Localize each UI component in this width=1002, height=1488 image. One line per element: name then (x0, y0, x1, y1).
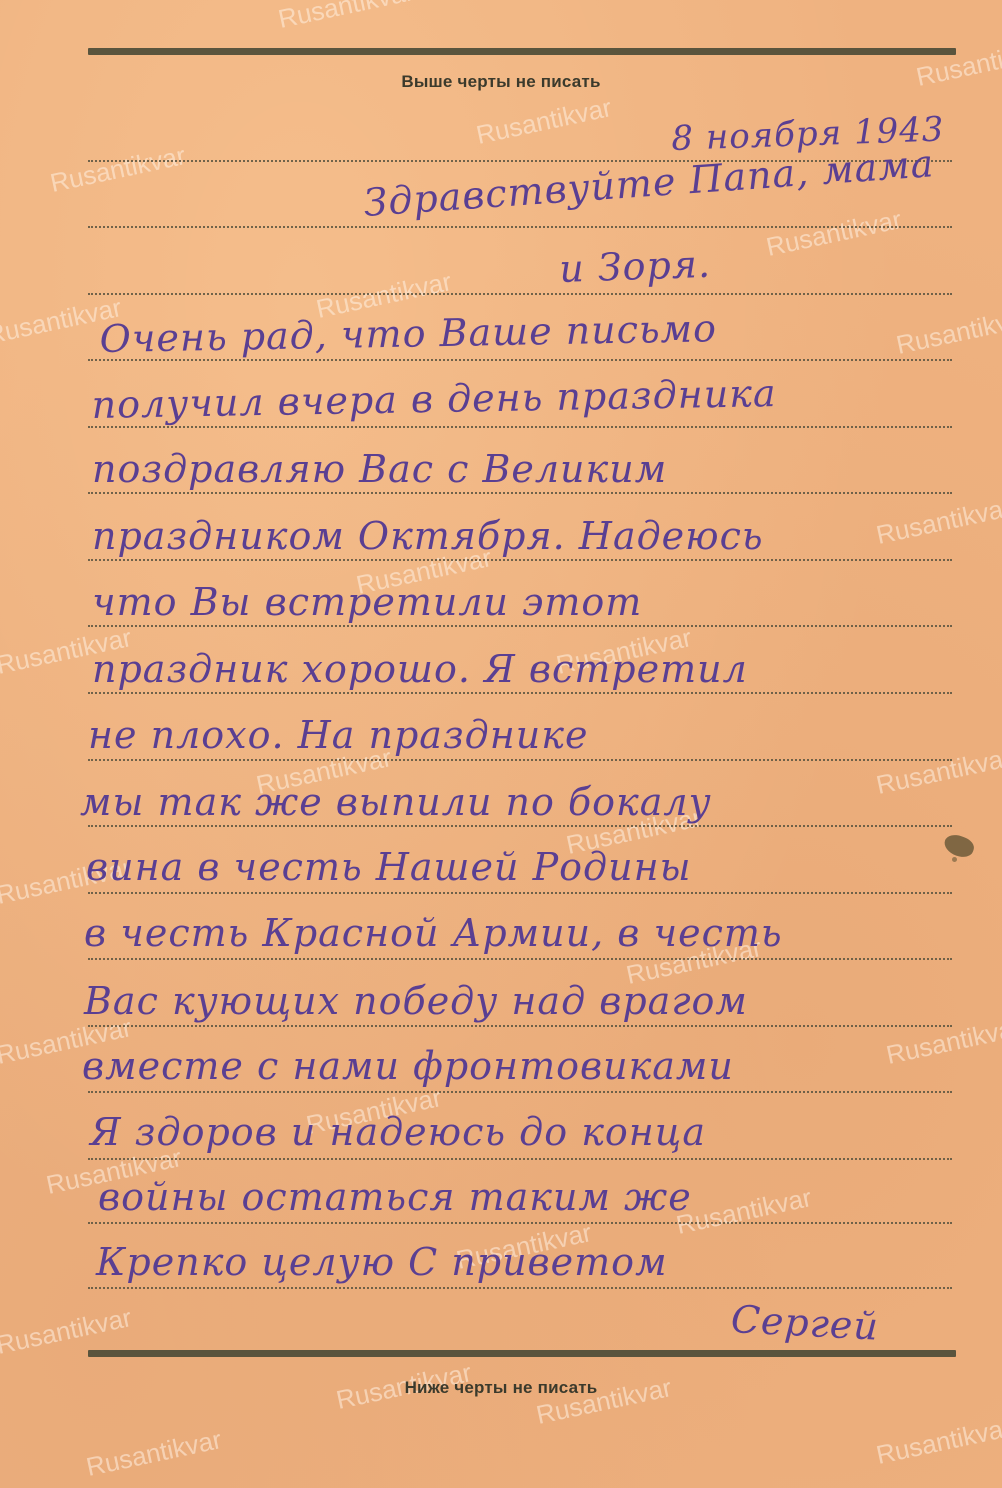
watermark: Rusantikvar (894, 302, 1002, 361)
letter-body-line: поздравляю Вас с Великим (92, 450, 667, 488)
watermark: Rusantikvar (764, 204, 905, 263)
letter-signature: Сергей (730, 1300, 880, 1346)
letter-body-line: Крепко целую С приветом (96, 1243, 668, 1281)
letter-body-line: не плохо. На празднике (88, 716, 588, 754)
top-printed-notice: Выше черты не писать (0, 72, 1002, 92)
letter-body-line: войны остаться таким же (98, 1178, 692, 1216)
writing-line (88, 1025, 952, 1027)
letter-greeting: Здравствуйте Папа, мама (362, 144, 935, 222)
writing-line (88, 492, 952, 494)
watermark: Rusantikvar (874, 742, 1002, 801)
writing-line (88, 426, 952, 428)
writing-line (88, 293, 952, 295)
letter-body-line: что Вы встретили этот (92, 583, 642, 621)
top-boundary-rule (88, 48, 956, 55)
letter-card: Rusantikvar Rusantikvar Rusantikvar Rusa… (0, 0, 1002, 1488)
writing-line (88, 825, 952, 827)
bottom-printed-notice: Ниже черты не писать (0, 1378, 1002, 1398)
writing-line (88, 1158, 952, 1160)
paper-stain (952, 857, 957, 862)
watermark: Rusantikvar (884, 1012, 1002, 1071)
watermark: Rusantikvar (674, 1182, 815, 1241)
watermark: Rusantikvar (474, 92, 615, 151)
writing-line (88, 625, 952, 627)
writing-line (88, 359, 952, 361)
bottom-boundary-rule (88, 1350, 956, 1357)
writing-line (88, 958, 952, 960)
writing-line (88, 226, 952, 228)
letter-body-line: Очень рад, что Ваше письмо (99, 309, 717, 358)
letter-body-line: Вас кующих победу над врагом (84, 982, 748, 1020)
letter-body-line: праздником Октября. Надеюсь (92, 517, 764, 555)
writing-line (88, 892, 952, 894)
watermark: Rusantikvar (874, 1412, 1002, 1471)
writing-line (88, 759, 952, 761)
writing-line (88, 1222, 952, 1224)
letter-body-line: мы так же выпили по бокалу (80, 783, 712, 821)
letter-greeting-continued: и Зоря. (559, 245, 712, 288)
watermark: Rusantikvar (276, 0, 417, 35)
writing-line (88, 692, 952, 694)
letter-body-line: в честь Красной Армии, в честь (84, 914, 783, 952)
letter-body-line: вина в честь Нашей Родины (86, 848, 692, 886)
watermark: Rusantikvar (84, 1424, 225, 1483)
letter-body-line: получил вчера в день праздника (91, 374, 777, 424)
letter-body-line: Я здоров и надеюсь до конца (90, 1113, 706, 1151)
writing-line (88, 1287, 952, 1289)
watermark: Rusantikvar (48, 140, 189, 199)
letter-body-line: вместе с нами фронтовиками (82, 1047, 734, 1085)
paper-stain (941, 831, 976, 860)
watermark: Rusantikvar (874, 492, 1002, 551)
letter-body-line: праздник хорошо. Я встретил (92, 650, 748, 688)
writing-line (88, 559, 952, 561)
writing-line (88, 1091, 952, 1093)
